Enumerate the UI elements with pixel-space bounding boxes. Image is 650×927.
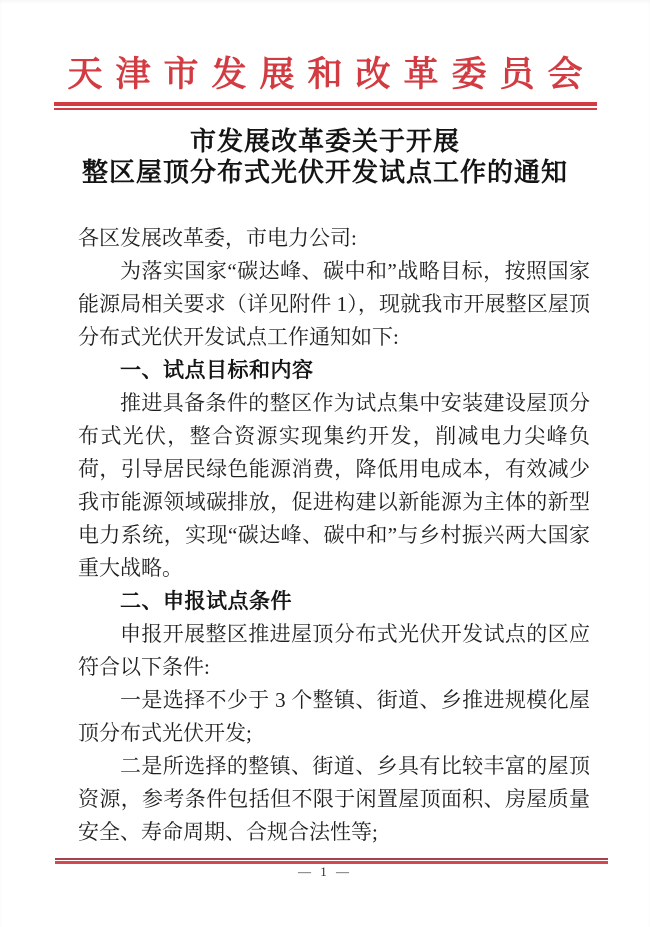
- section-2-paragraph-2: 一是选择不少于 3 个整镇、街道、乡推进规模化屋顶分布式光伏开发;: [78, 684, 590, 750]
- section-1-heading: 一、试点目标和内容: [78, 354, 590, 387]
- section-2-heading: 二、申报试点条件: [78, 585, 590, 618]
- section-1-paragraph-1: 推进具备条件的整区作为试点集中安装建设屋顶分布式光伏，整合资源实现集约开发，削减…: [78, 387, 590, 585]
- footer-rule-top: [55, 858, 608, 860]
- page-number: — 1 —: [0, 864, 650, 880]
- footer-divider: [55, 858, 608, 864]
- letterhead-rule-thin: [54, 108, 597, 110]
- letterhead-divider: [54, 102, 597, 110]
- footer-rule-bottom: [55, 861, 608, 864]
- section-2-paragraph-1: 申报开展整区推进屋顶分布式光伏开发试点的区应符合以下条件:: [78, 618, 590, 684]
- document-title-line-1: 市发展改革委关于开展: [0, 126, 650, 157]
- document-title: 市发展改革委关于开展 整区屋顶分布式光伏开发试点工作的通知: [0, 126, 650, 188]
- document-page: 天津市发展和改革委员会 市发展改革委关于开展 整区屋顶分布式光伏开发试点工作的通…: [0, 0, 650, 927]
- salutation: 各区发展改革委，市电力公司:: [78, 222, 590, 255]
- section-2-paragraph-3: 二是所选择的整镇、街道、乡具有比较丰富的屋顶资源，参考条件包括但不限于闲置屋顶面…: [78, 750, 590, 849]
- letterhead-rule-thick: [54, 102, 597, 106]
- intro-paragraph: 为落实国家“碳达峰、碳中和”战略目标，按照国家能源局相关要求（详见附件 1），现…: [78, 255, 590, 354]
- letterhead: 天津市发展和改革委员会: [0, 0, 650, 110]
- org-name: 天津市发展和改革委员会: [0, 54, 650, 96]
- document-title-line-2: 整区屋顶分布式光伏开发试点工作的通知: [0, 157, 650, 188]
- document-body: 各区发展改革委，市电力公司: 为落实国家“碳达峰、碳中和”战略目标，按照国家能源…: [78, 222, 590, 849]
